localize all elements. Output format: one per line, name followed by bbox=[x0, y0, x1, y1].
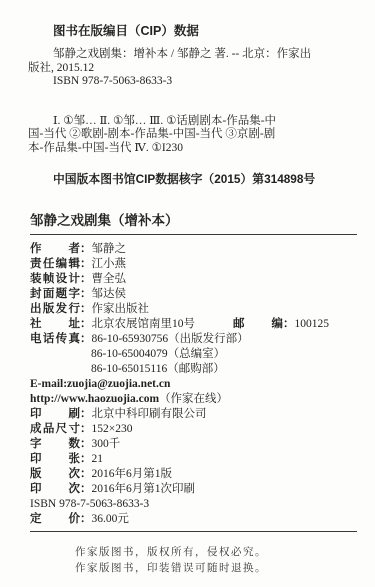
row-author-value: 邹静之 bbox=[92, 243, 127, 255]
row-design-label: 装帧设计 bbox=[30, 272, 80, 287]
row-editor: 责任编辑：江小燕 bbox=[30, 257, 357, 272]
row-editor-value: 江小燕 bbox=[92, 258, 127, 270]
row-edition: 版次：2016年6月第1版 bbox=[30, 467, 357, 482]
row-impression-value: 2016年6月第1次印刷 bbox=[92, 483, 196, 495]
row-word-count-label: 字数 bbox=[30, 437, 80, 452]
cip-entry-line-1: 邹静之戏剧集：增补本 / 邹静之 著. -- 北京：作家出 bbox=[28, 48, 357, 62]
website-url: http://www.haozuojia.com bbox=[30, 393, 159, 405]
colon-separator: ： bbox=[80, 258, 92, 270]
colon-separator: ： bbox=[80, 333, 92, 345]
row-price-label: 定价 bbox=[30, 512, 80, 527]
row-impression-label: 印次 bbox=[30, 482, 80, 497]
row-sheets-label: 印张 bbox=[30, 452, 80, 467]
row-address-value: 北京农展馆南里10号 bbox=[92, 318, 196, 330]
copyright-notes: 作家版图书，版权所有，侵权必究。 作家版图书，印装错误可随时退换。 bbox=[75, 545, 357, 576]
row-word-count-value: 300千 bbox=[92, 438, 121, 450]
row-phone-fax-label: 电话传真 bbox=[30, 332, 80, 347]
row-sheets: 印张：21 bbox=[30, 452, 357, 467]
website-suffix: （作家在线） bbox=[159, 393, 228, 405]
row-sheets-value: 21 bbox=[92, 453, 104, 465]
book-title: 邹静之戏剧集（增补本） bbox=[30, 214, 357, 235]
row-edition-label: 版次 bbox=[30, 467, 80, 482]
row-address: 社址：北京农展馆南里10号 邮编：100125 bbox=[30, 317, 357, 332]
isbn-line: ISBN 978-7-5063-8633-3 bbox=[30, 497, 357, 512]
row-cover-calligraphy-label: 封面题字 bbox=[30, 287, 80, 302]
cip-class-line-2: 国-当代 ②歌剧-剧本-作品集-中国-当代 ③京剧-剧 bbox=[28, 128, 357, 142]
cip-entry-line-2: 版社, 2015.12 bbox=[28, 62, 357, 76]
colophon-block: 邹静之戏剧集（增补本） 作者：邹静之 责任编辑：江小燕 装帧设计：曹全弘 封面题… bbox=[30, 214, 357, 576]
postal-code-value: 100125 bbox=[295, 318, 330, 330]
row-address-label: 社址 bbox=[30, 317, 80, 332]
cip-class-line-1: Ⅰ. ①邹… Ⅱ. ①邹… Ⅲ. ①话剧剧本-作品集-中 bbox=[28, 115, 357, 129]
colon-separator: ： bbox=[80, 513, 92, 525]
row-price: 定价：36.00元 bbox=[30, 512, 357, 527]
cip-classification: Ⅰ. ①邹… Ⅱ. ①邹… Ⅲ. ①话剧剧本-作品集-中 国-当代 ②歌剧-剧本… bbox=[28, 115, 357, 156]
row-printer: 印刷：北京中科印刷有限公司 bbox=[30, 407, 357, 422]
phone-number-3: 86-10-65015116（邮购部） bbox=[91, 362, 357, 377]
colon-separator: ： bbox=[80, 468, 92, 480]
bottom-divider bbox=[30, 531, 357, 532]
cip-block: 图书在版编目（CIP）数据 邹静之戏剧集：增补本 / 邹静之 著. -- 北京：… bbox=[28, 25, 357, 186]
colon-separator: ： bbox=[80, 438, 92, 450]
row-author: 作者：邹静之 bbox=[30, 242, 357, 257]
book-copyright-page: 图书在版编目（CIP）数据 邹静之戏剧集：增补本 / 邹静之 著. -- 北京：… bbox=[0, 0, 375, 587]
phone-number-2: 86-10-65004079（总编室） bbox=[91, 347, 357, 362]
row-trim-size-value: 152×230 bbox=[92, 423, 133, 435]
colon-separator: ： bbox=[80, 303, 92, 315]
colon-separator: ： bbox=[80, 483, 92, 495]
copyright-note-2: 作家版图书，印装错误可随时退换。 bbox=[75, 561, 357, 577]
address-group: 社址：北京农展馆南里10号 bbox=[30, 317, 195, 332]
row-design: 装帧设计：曹全弘 bbox=[30, 272, 357, 287]
row-trim-size: 成品尺寸：152×230 bbox=[30, 422, 357, 437]
colon-separator: ： bbox=[80, 318, 92, 330]
copyright-note-1: 作家版图书，版权所有，侵权必究。 bbox=[75, 545, 357, 561]
row-word-count: 字数：300千 bbox=[30, 437, 357, 452]
colon-separator: ： bbox=[80, 243, 92, 255]
row-trim-size-label: 成品尺寸 bbox=[30, 422, 80, 437]
colon-separator: ： bbox=[80, 423, 92, 435]
row-printer-label: 印刷 bbox=[30, 407, 80, 422]
row-publisher: 出版发行：作家出版社 bbox=[30, 302, 357, 317]
postal-code-group: 邮编：100125 bbox=[233, 317, 329, 332]
row-printer-value: 北京中科印刷有限公司 bbox=[92, 408, 207, 420]
phone-number-1: 86-10-65930756（出版发行部） bbox=[92, 333, 249, 345]
row-editor-label: 责任编辑 bbox=[30, 257, 80, 272]
row-publisher-value: 作家出版社 bbox=[92, 303, 150, 315]
colon-separator: ： bbox=[283, 318, 295, 330]
row-price-value: 36.00元 bbox=[92, 513, 129, 525]
row-website: http://www.haozuojia.com（作家在线） bbox=[30, 392, 357, 407]
row-cover-calligraphy: 封面题字：邹达侯 bbox=[30, 287, 357, 302]
email-address: E-mail:zuojia@zuojia.net.cn bbox=[30, 377, 357, 392]
row-phone-fax: 电话传真：86-10-65930756（出版发行部） bbox=[30, 332, 357, 347]
colon-separator: ： bbox=[80, 408, 92, 420]
postal-code-label: 邮编 bbox=[233, 317, 283, 332]
cip-isbn: ISBN 978-7-5063-8633-3 bbox=[53, 75, 357, 89]
row-publisher-label: 出版发行 bbox=[30, 302, 80, 317]
row-cover-calligraphy-value: 邹达侯 bbox=[92, 288, 127, 300]
cip-registry-number: 中国版本图书馆CIP数据核字（2015）第314898号 bbox=[53, 173, 357, 186]
cip-class-line-3: 本-作品集-中国-当代 Ⅳ. ①I230 bbox=[28, 142, 357, 156]
row-author-label: 作者 bbox=[30, 242, 80, 257]
colon-separator: ： bbox=[80, 453, 92, 465]
colon-separator: ： bbox=[80, 273, 92, 285]
row-edition-value: 2016年6月第1版 bbox=[92, 468, 173, 480]
row-design-value: 曹全弘 bbox=[92, 273, 127, 285]
cip-header: 图书在版编目（CIP）数据 bbox=[53, 25, 357, 38]
cip-entry: 邹静之戏剧集：增补本 / 邹静之 著. -- 北京：作家出 版社, 2015.1… bbox=[28, 48, 357, 89]
colophon-rows: 作者：邹静之 责任编辑：江小燕 装帧设计：曹全弘 封面题字：邹达侯 出版发行：作… bbox=[30, 242, 357, 527]
row-impression: 印次：2016年6月第1次印刷 bbox=[30, 482, 357, 497]
colon-separator: ： bbox=[80, 288, 92, 300]
